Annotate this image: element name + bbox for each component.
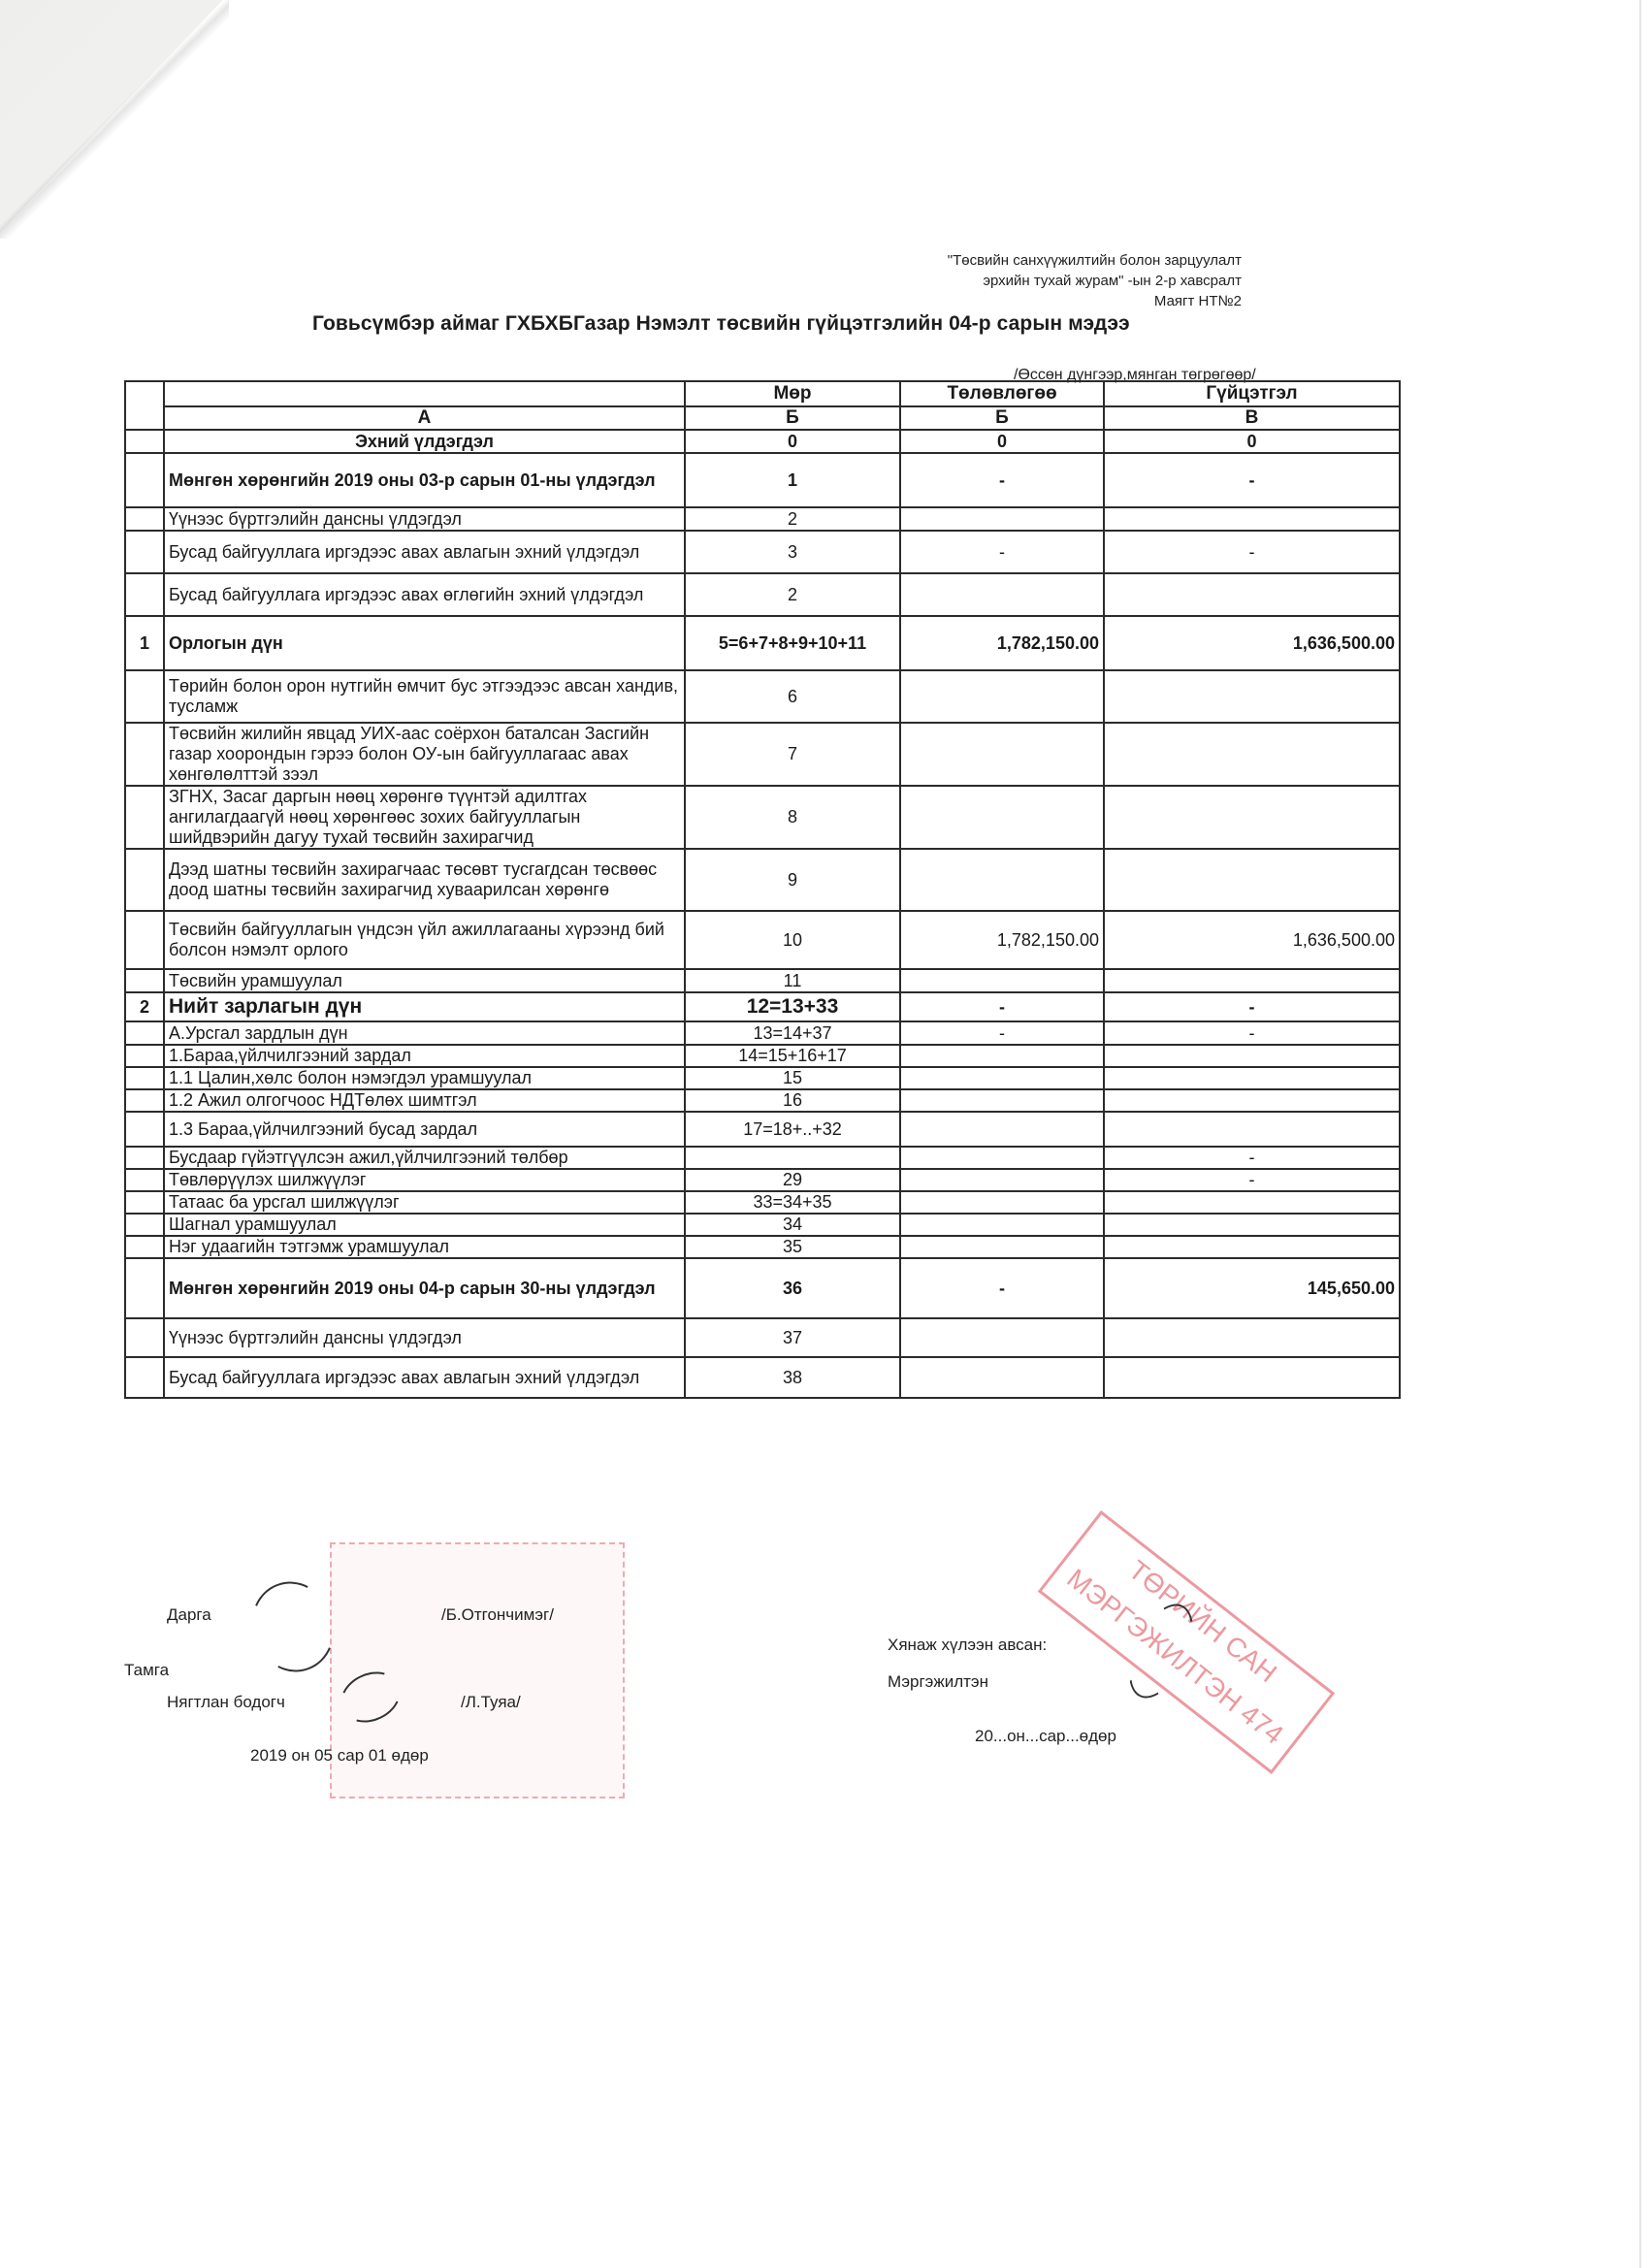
row-code: 16 xyxy=(685,1089,900,1112)
table-row: Шагнал урамшуулал34 xyxy=(125,1214,1400,1236)
row-number xyxy=(125,1112,164,1147)
row-plan xyxy=(900,1191,1104,1214)
row-plan: - xyxy=(900,531,1104,573)
row-code: 38 xyxy=(685,1357,900,1398)
row-label: Бусдаар гүйэтгүүлсэн ажил,үйлчилгээний т… xyxy=(164,1147,685,1169)
table-row: Төрийн болон орон нутгийн өмчит бус этгэ… xyxy=(125,670,1400,723)
row-plan xyxy=(900,1318,1104,1357)
table-row: 1.1 Цалин,хөлс болон нэмэгдэл урамшуулал… xyxy=(125,1067,1400,1089)
letter-a: А xyxy=(164,406,685,430)
table-row: 1Орлогын дүн5=6+7+8+9+10+111,782,150.001… xyxy=(125,616,1400,670)
row-number xyxy=(125,1357,164,1398)
row-label: Нэг удаагийн тэтгэмж урамшуулал xyxy=(164,1236,685,1258)
row-actual xyxy=(1104,969,1400,992)
row-plan xyxy=(900,507,1104,531)
table-row: 1.2 Ажил олгогчоос НДТөлөх шимтгэл16 xyxy=(125,1089,1400,1112)
row-label: Татаас ба урсгал шилжүүлэг xyxy=(164,1191,685,1214)
row-code: 13=14+37 xyxy=(685,1021,900,1045)
row-plan xyxy=(900,1214,1104,1236)
row-actual: 1,636,500.00 xyxy=(1104,616,1400,670)
seal-label: Тамга xyxy=(124,1661,169,1680)
row-label: ЗГНХ, Засаг даргын нөөц хөрөнгө түүнтэй … xyxy=(164,786,685,849)
page-edge xyxy=(1639,0,1641,2268)
row-actual xyxy=(1104,1045,1400,1067)
row-code: 35 xyxy=(685,1236,900,1258)
row-code: 34 xyxy=(685,1214,900,1236)
row-number xyxy=(125,507,164,531)
table-row: Үүнээс бүртгэлийн дансны үлдэгдэл2 xyxy=(125,507,1400,531)
row-plan xyxy=(900,1067,1104,1089)
director-name: /Б.Отгончимэг/ xyxy=(441,1605,554,1625)
row-label: Эхний үлдэгдэл xyxy=(164,430,685,453)
row-number xyxy=(125,1147,164,1169)
row-label: Төсвийн байгууллагын үндсэн үйл ажиллага… xyxy=(164,911,685,969)
row-plan xyxy=(900,1112,1104,1147)
report-table: Мөр Төлөвлөгөө Гүйцэтгэл А Б Б В Эхний ү… xyxy=(124,380,1401,1399)
row-number xyxy=(125,1169,164,1191)
row-plan xyxy=(900,786,1104,849)
specialist-label: Мэргэжилтэн xyxy=(888,1672,988,1692)
row-label: 1.3 Бараа,үйлчилгээний бусад зардал xyxy=(164,1112,685,1147)
row-number xyxy=(125,1258,164,1318)
row-label: Орлогын дүн xyxy=(164,616,685,670)
row-actual: - xyxy=(1104,1147,1400,1169)
row-actual xyxy=(1104,1236,1400,1258)
row-label: Шагнал урамшуулал xyxy=(164,1214,685,1236)
row-code: 11 xyxy=(685,969,900,992)
row-actual: 0 xyxy=(1104,430,1400,453)
row-plan: - xyxy=(900,453,1104,507)
row-actual xyxy=(1104,670,1400,723)
row-actual xyxy=(1104,1067,1400,1089)
row-plan xyxy=(900,670,1104,723)
row-plan xyxy=(900,573,1104,616)
row-actual: 145,650.00 xyxy=(1104,1258,1400,1318)
table-row: Дээд шатны төсвийн захирагчаас төсөвт ту… xyxy=(125,849,1400,911)
row-code: 17=18+..+32 xyxy=(685,1112,900,1147)
header-code: Мөр xyxy=(685,381,900,406)
row-number xyxy=(125,1045,164,1067)
row-actual xyxy=(1104,1357,1400,1398)
row-plan xyxy=(900,1089,1104,1112)
treasury-stamp-number: 474 xyxy=(1235,1699,1289,1750)
row-code: 6 xyxy=(685,670,900,723)
row-code: 9 xyxy=(685,849,900,911)
row-label: 1.2 Ажил олгогчоос НДТөлөх шимтгэл xyxy=(164,1089,685,1112)
document-title: Говьсүмбэр аймаг ГХБХБГазар Нэмэлт төсви… xyxy=(312,312,1130,336)
review-date: 20...он...сар...өдөр xyxy=(975,1727,1116,1746)
row-actual xyxy=(1104,1214,1400,1236)
row-code: 3 xyxy=(685,531,900,573)
row-code: 7 xyxy=(685,723,900,786)
table-row: Төвлөрүүлэх шилжүүлэг29- xyxy=(125,1169,1400,1191)
row-label: Бусад байгууллага иргэдээс авах өглөгийн… xyxy=(164,573,685,616)
row-code: 10 xyxy=(685,911,900,969)
table-row: 1.Бараа,үйлчилгээний зардал14=15+16+17 xyxy=(125,1045,1400,1067)
table-row: ЗГНХ, Засаг даргын нөөц хөрөнгө түүнтэй … xyxy=(125,786,1400,849)
row-plan xyxy=(900,1357,1104,1398)
row-actual: - xyxy=(1104,453,1400,507)
letter-row: А Б Б В xyxy=(125,406,1400,430)
row-plan: 0 xyxy=(900,430,1104,453)
row-number xyxy=(125,670,164,723)
row-actual xyxy=(1104,1318,1400,1357)
table-row: 2Нийт зарлагын дүн12=13+33-- xyxy=(125,992,1400,1021)
row-code: 2 xyxy=(685,573,900,616)
row-number xyxy=(125,786,164,849)
row-label: Мөнгөн хөрөнгийн 2019 оны 04-р сарын 30-… xyxy=(164,1258,685,1318)
row-code: 29 xyxy=(685,1169,900,1191)
row-plan xyxy=(900,1045,1104,1067)
annex-note: "Төсвийн санхүүжилтийн болон зарцуулалт … xyxy=(948,250,1242,311)
row-actual xyxy=(1104,1112,1400,1147)
row-number xyxy=(125,531,164,573)
table-row: А.Урсгал зардлын дүн13=14+37-- xyxy=(125,1021,1400,1045)
row-label: Үүнээс бүртгэлийн дансны үлдэгдэл xyxy=(164,1318,685,1357)
row-label: Үүнээс бүртгэлийн дансны үлдэгдэл xyxy=(164,507,685,531)
row-label: Бусад байгууллага иргэдээс авах авлагын … xyxy=(164,531,685,573)
row-code: 5=6+7+8+9+10+11 xyxy=(685,616,900,670)
row-actual: - xyxy=(1104,1021,1400,1045)
row-label: Мөнгөн хөрөнгийн 2019 оны 03-р сарын 01-… xyxy=(164,453,685,507)
row-plan xyxy=(900,969,1104,992)
row-number: 2 xyxy=(125,992,164,1021)
letter-plan: Б xyxy=(900,406,1104,430)
table-row: Үүнээс бүртгэлийн дансны үлдэгдэл37 xyxy=(125,1318,1400,1357)
row-actual: - xyxy=(1104,1169,1400,1191)
row-label: Дээд шатны төсвийн захирагчаас төсөвт ту… xyxy=(164,849,685,911)
row-number xyxy=(125,1214,164,1236)
page-fold-shadow xyxy=(0,0,229,239)
row-actual xyxy=(1104,573,1400,616)
annex-line-1: "Төсвийн санхүүжилтийн болон зарцуулалт xyxy=(948,250,1242,271)
row-number xyxy=(125,911,164,969)
row-actual xyxy=(1104,1191,1400,1214)
table-row: Татаас ба урсгал шилжүүлэг33=34+35 xyxy=(125,1191,1400,1214)
row-number xyxy=(125,453,164,507)
table-row: Бусад байгууллага иргэдээс авах өглөгийн… xyxy=(125,573,1400,616)
header-actual: Гүйцэтгэл xyxy=(1104,381,1400,406)
accountant-label: Нягтлан бодогч xyxy=(167,1693,285,1712)
row-plan: 1,782,150.00 xyxy=(900,616,1104,670)
table-row: Эхний үлдэгдэл000 xyxy=(125,430,1400,453)
row-number xyxy=(125,1089,164,1112)
reviewed-label: Хянаж хүлээн авсан: xyxy=(888,1636,1047,1655)
row-code: 36 xyxy=(685,1258,900,1318)
row-plan xyxy=(900,1147,1104,1169)
row-code: 12=13+33 xyxy=(685,992,900,1021)
row-plan: - xyxy=(900,1021,1104,1045)
row-code: 2 xyxy=(685,507,900,531)
row-code: 14=15+16+17 xyxy=(685,1045,900,1067)
row-label: Бусад байгууллага иргэдээс авах авлагын … xyxy=(164,1357,685,1398)
header-row: Мөр Төлөвлөгөө Гүйцэтгэл xyxy=(125,381,1400,406)
row-label: Нийт зарлагын дүн xyxy=(164,992,685,1021)
row-code: 0 xyxy=(685,430,900,453)
row-actual xyxy=(1104,849,1400,911)
row-label: Төрийн болон орон нутгийн өмчит бус этгэ… xyxy=(164,670,685,723)
row-actual xyxy=(1104,786,1400,849)
row-number xyxy=(125,723,164,786)
table-row: Мөнгөн хөрөнгийн 2019 оны 03-р сарын 01-… xyxy=(125,453,1400,507)
row-plan xyxy=(900,723,1104,786)
header-plan: Төлөвлөгөө xyxy=(900,381,1104,406)
row-code: 33=34+35 xyxy=(685,1191,900,1214)
row-plan xyxy=(900,849,1104,911)
row-label: 1.1 Цалин,хөлс болон нэмэгдэл урамшуулал xyxy=(164,1067,685,1089)
row-actual xyxy=(1104,1089,1400,1112)
row-label: 1.Бараа,үйлчилгээний зардал xyxy=(164,1045,685,1067)
row-code: 37 xyxy=(685,1318,900,1357)
director-label: Дарга xyxy=(167,1605,211,1625)
row-number xyxy=(125,1021,164,1045)
row-number xyxy=(125,1236,164,1258)
table-row: Төсвийн жилийн явцад УИХ-аас соёрхон бат… xyxy=(125,723,1400,786)
row-actual: - xyxy=(1104,992,1400,1021)
accountant-name: /Л.Туяа/ xyxy=(461,1693,521,1712)
row-number: 1 xyxy=(125,616,164,670)
row-code: 15 xyxy=(685,1067,900,1089)
row-number xyxy=(125,1191,164,1214)
table-row: 1.3 Бараа,үйлчилгээний бусад зардал17=18… xyxy=(125,1112,1400,1147)
row-plan: - xyxy=(900,992,1104,1021)
letter-actual: В xyxy=(1104,406,1400,430)
row-label: Төвлөрүүлэх шилжүүлэг xyxy=(164,1169,685,1191)
row-actual: 1,636,500.00 xyxy=(1104,911,1400,969)
table-row: Мөнгөн хөрөнгийн 2019 оны 04-р сарын 30-… xyxy=(125,1258,1400,1318)
row-actual: - xyxy=(1104,531,1400,573)
table-row: Бусдаар гүйэтгүүлсэн ажил,үйлчилгээний т… xyxy=(125,1147,1400,1169)
report-date: 2019 он 05 сар 01 өдөр xyxy=(250,1746,429,1766)
row-plan: 1,782,150.00 xyxy=(900,911,1104,969)
annex-line-2: эрхийн тухай журам" -ын 2-р хавсралт xyxy=(948,271,1242,291)
row-number xyxy=(125,1067,164,1089)
table-row: Бусад байгууллага иргэдээс авах авлагын … xyxy=(125,1357,1400,1398)
row-number xyxy=(125,849,164,911)
table-row: Нэг удаагийн тэтгэмж урамшуулал35 xyxy=(125,1236,1400,1258)
row-code xyxy=(685,1147,900,1169)
row-label: Төсвийн жилийн явцад УИХ-аас соёрхон бат… xyxy=(164,723,685,786)
form-number: Маягт НТ№2 xyxy=(948,291,1242,311)
table-row: Төсвийн урамшуулал11 xyxy=(125,969,1400,992)
row-plan: - xyxy=(900,1258,1104,1318)
row-plan xyxy=(900,1236,1104,1258)
letter-code: Б xyxy=(685,406,900,430)
row-actual xyxy=(1104,723,1400,786)
row-plan xyxy=(900,1169,1104,1191)
row-number xyxy=(125,969,164,992)
row-number xyxy=(125,1318,164,1357)
row-label: А.Урсгал зардлын дүн xyxy=(164,1021,685,1045)
row-label: Төсвийн урамшуулал xyxy=(164,969,685,992)
row-code: 8 xyxy=(685,786,900,849)
row-code: 1 xyxy=(685,453,900,507)
row-actual xyxy=(1104,507,1400,531)
table-row: Бусад байгууллага иргэдээс авах авлагын … xyxy=(125,531,1400,573)
row-number xyxy=(125,573,164,616)
row-number xyxy=(125,430,164,453)
table-row: Төсвийн байгууллагын үндсэн үйл ажиллага… xyxy=(125,911,1400,969)
